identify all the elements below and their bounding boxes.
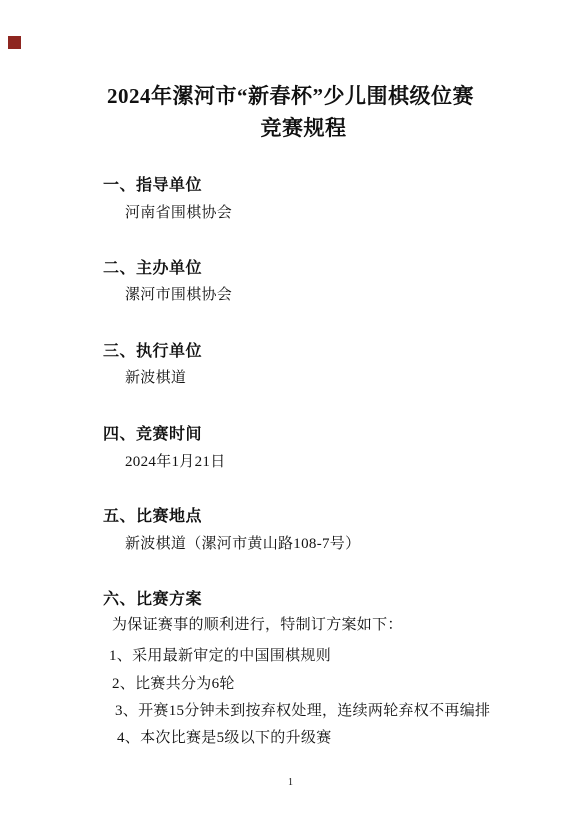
document-title-line1: 2024年漯河市“新春杯”少儿围棋级位赛: [0, 80, 581, 110]
plan-item-3: 3、开赛15分钟未到按弃权处理，连续两轮弃权不再编排: [115, 699, 490, 720]
plan-item-2: 2、比赛共分为6轮: [112, 672, 235, 693]
document-page: 2024年漯河市“新春杯”少儿围棋级位赛 竞赛规程 一、指导单位 河南省围棋协会…: [0, 0, 581, 823]
section-body-competition-venue: 新波棋道（漯河市黄山路108-7号）: [125, 532, 360, 553]
section-heading-host-unit: 二、主办单位: [103, 255, 202, 278]
section-body-host-unit: 漯河市围棋协会: [125, 283, 232, 304]
section-heading-competition-venue: 五、比赛地点: [103, 503, 202, 526]
document-title-line2: 竞赛规程: [0, 112, 581, 142]
section-body-executing-unit: 新波棋道: [125, 366, 186, 387]
plan-item-4: 4、本次比赛是5级以下的升级赛: [117, 726, 332, 747]
section-heading-competition-plan: 六、比赛方案: [103, 586, 202, 609]
section-heading-competition-time: 四、竞赛时间: [103, 421, 202, 444]
page-number: 1: [0, 777, 581, 788]
plan-intro-line: 为保证赛事的顺利进行，特制订方案如下：: [112, 613, 403, 634]
section-heading-executing-unit: 三、执行单位: [103, 338, 202, 361]
corner-mark: [8, 36, 21, 49]
section-heading-guiding-unit: 一、指导单位: [103, 172, 202, 195]
plan-item-1: 1、采用最新审定的中国围棋规则: [109, 644, 331, 665]
section-body-competition-time: 2024年1月21日: [125, 450, 226, 471]
section-body-guiding-unit: 河南省围棋协会: [125, 201, 232, 222]
